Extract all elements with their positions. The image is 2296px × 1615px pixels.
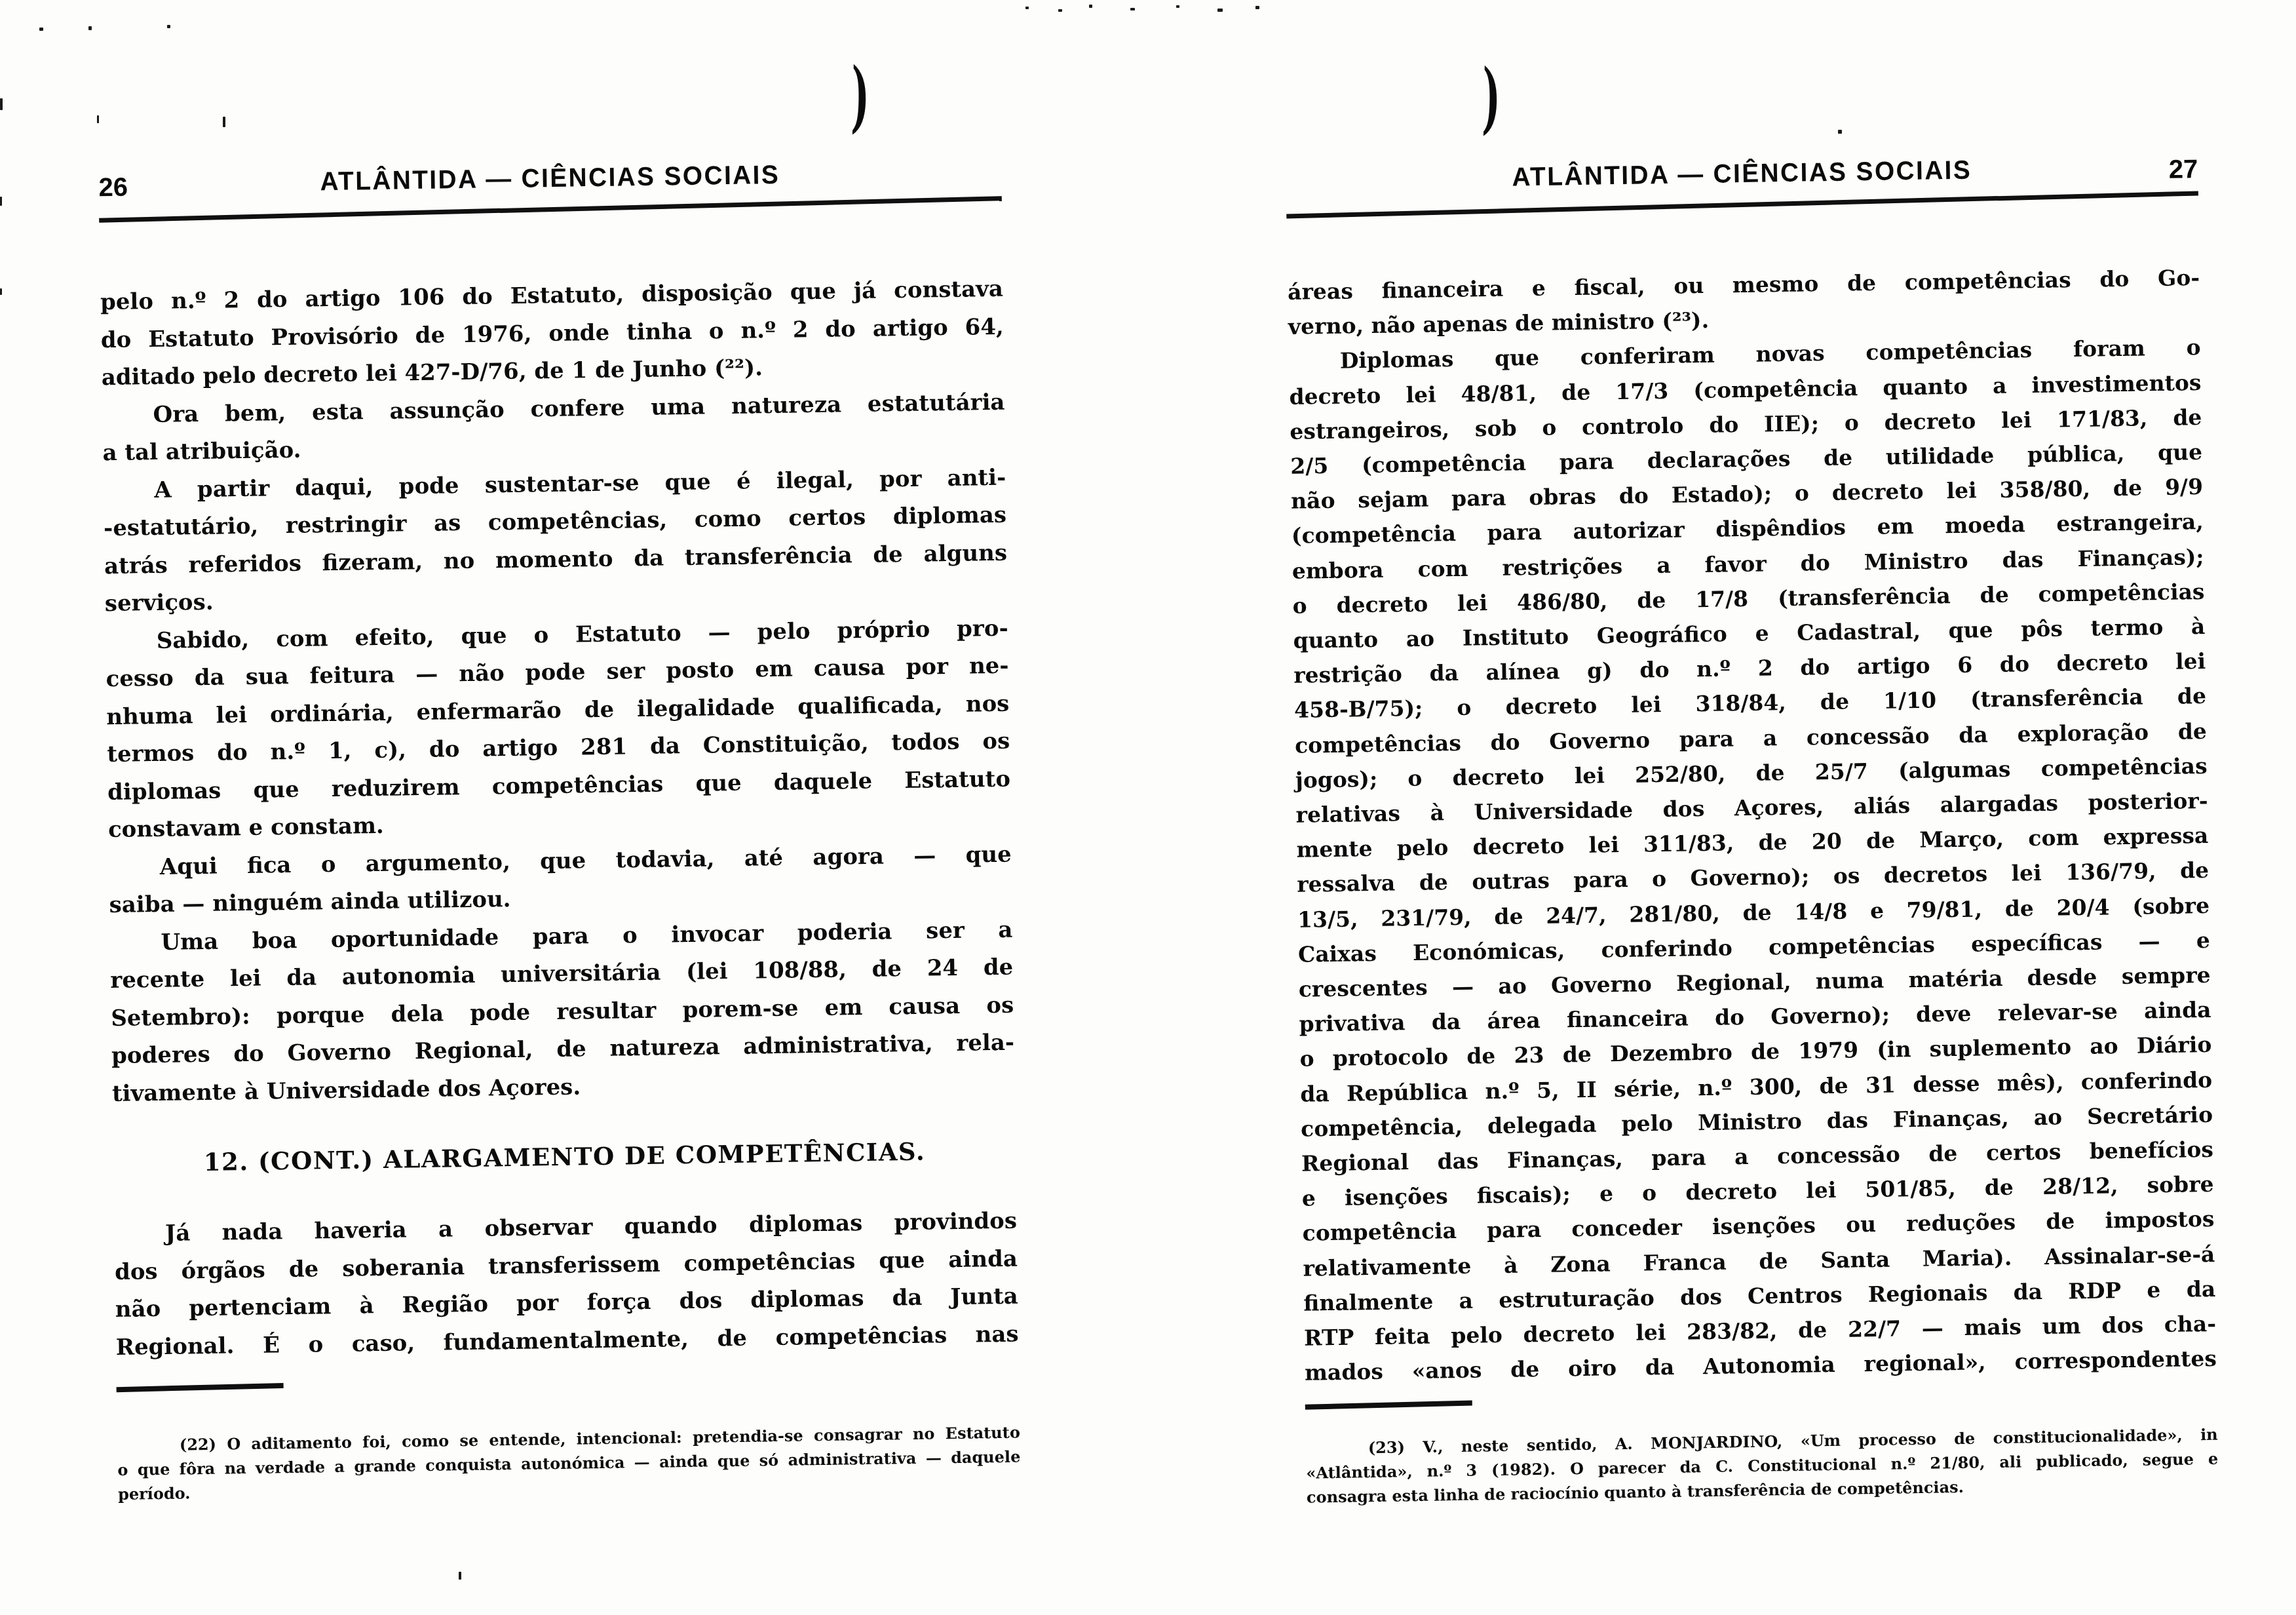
scan-artifact	[0, 197, 2, 206]
scan-artifact	[1217, 9, 1223, 12]
scan-artifact	[1255, 6, 1259, 9]
scan-artifact	[0, 288, 2, 295]
scan-artifact	[1025, 7, 1029, 9]
left-body-text-continued: Já nada haveria a observar quando diplom…	[114, 1203, 1019, 1367]
right-body-text: áreas financeira e fiscal, ou mesmo de c…	[1288, 260, 2217, 1390]
scan-artifact	[1058, 9, 1062, 12]
left-body-text: pelo n.º 2 do artigo 106 do Estatuto, di…	[100, 271, 1016, 1113]
gutter-curve-mark-right: )	[1482, 58, 1501, 137]
right-page-header: ATLÂNTIDA — CIÊNCIAS SOCIAIS 27	[1286, 152, 2198, 201]
footnote-23: (23) V., neste sentido, A. MONJARDINO, «…	[1306, 1422, 2219, 1509]
footnote-rule-right	[1305, 1400, 1472, 1409]
scan-artifact	[1176, 5, 1179, 8]
left-page-header: 26 ATLÂNTIDA — CIÊNCIAS SOCIAIS	[98, 157, 1002, 204]
scan-artifact	[223, 117, 225, 127]
left-page: 26 ATLÂNTIDA — CIÊNCIAS SOCIAIS pelo n.º…	[98, 157, 1021, 1506]
footnote-22: (22) O aditamento foi, como se entende, …	[117, 1420, 1021, 1506]
right-page: ATLÂNTIDA — CIÊNCIAS SOCIAIS 27 áreas fi…	[1286, 152, 2219, 1509]
scan-artifact	[88, 26, 92, 30]
gutter-curve-mark-left: )	[851, 57, 870, 136]
scan-artifact	[459, 1572, 461, 1580]
scanned-journal-spread: 26 ATLÂNTIDA — CIÊNCIAS SOCIAIS pelo n.º…	[0, 0, 2296, 1615]
scan-artifact	[1089, 5, 1092, 8]
page-number-right: 27	[2168, 155, 2198, 185]
scan-artifact	[1838, 130, 1842, 134]
scan-artifact	[0, 98, 3, 110]
section-heading: 12. (CONT.) ALARGAMENTO DE COMPETÊNCIAS.	[113, 1136, 1016, 1178]
scan-artifact	[97, 115, 99, 123]
running-title-right: ATLÂNTIDA — CIÊNCIAS SOCIAIS	[1299, 152, 2185, 195]
footnote-rule-left	[117, 1383, 284, 1392]
running-title-left: ATLÂNTIDA — CIÊNCIAS SOCIAIS	[112, 157, 988, 200]
scan-artifact	[167, 25, 170, 28]
scan-artifact	[1130, 8, 1135, 10]
scan-artifact	[39, 28, 43, 31]
